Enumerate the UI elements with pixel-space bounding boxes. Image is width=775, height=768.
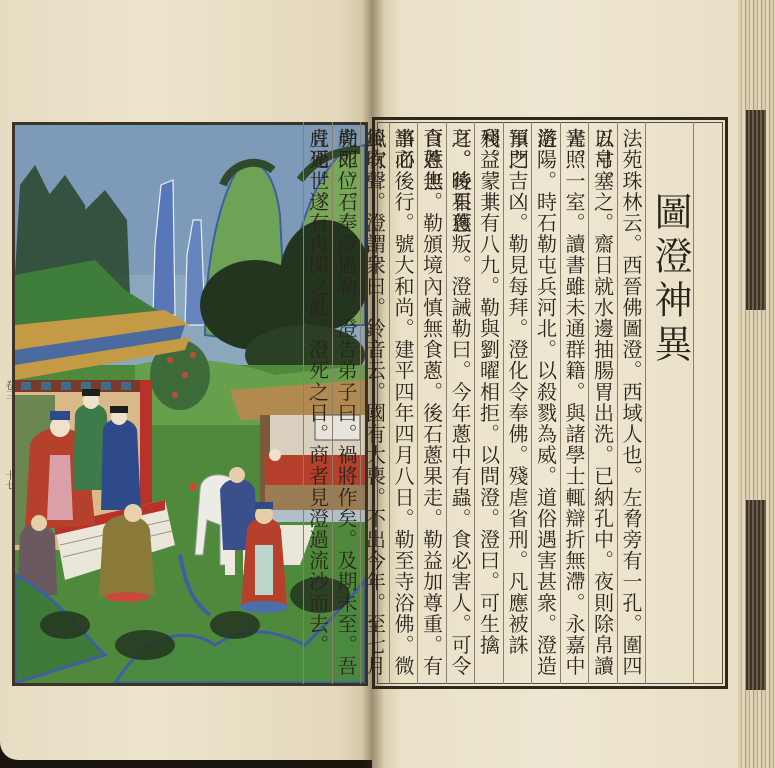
text-columns: 圖澄神異 法苑珠林云。西晉佛圖澄。西域人也。左脅旁有一孔。圍四五寸。 以帛塞之。… — [303, 122, 721, 684]
chapter-title: 圖澄神異 — [645, 122, 693, 684]
text-column: 洛陽。時石勒屯兵河北。以殺戮為威。道俗遇害甚衆。澄造軍門 — [531, 122, 560, 684]
text-block: 圖澄神異 法苑珠林云。西晉佛圖澄。西域人也。左脅旁有一孔。圍四五寸。 以帛塞之。… — [372, 117, 728, 689]
page-edge-print — [746, 110, 766, 310]
page-edge-print — [746, 500, 766, 690]
blank-column — [693, 122, 721, 684]
text-column: 光照一室。讀書雖未通群籍。與諸學士輒辯折無滯。永嘉中遊 — [560, 122, 589, 684]
text-column: 法苑珠林云。西晉佛圖澄。西域人也。左脅旁有一孔。圍四五寸。 — [617, 122, 646, 684]
text-column: 預之吉凶。勒見每拜。澄化令奉佛。殘虐省刑。凡應被誅殘。蒙其 — [503, 122, 532, 684]
text-column: 諮而後行。號大和尚。建平四年四月八日。勒至寺浴佛。微風吹 — [389, 122, 418, 684]
text-column: 鈴有聲。澄謂衆曰。鈴音云。國有大喪。不出今年。至七月勒死。石 — [360, 122, 389, 684]
text-column: 食蔥也。勒頒境內慎無食蔥。後石蔥果走。勒益加尊重。有事必 — [417, 122, 446, 684]
text-column: 以帛塞之。齋日就水邊抽腸胃出洗。已納孔中。夜則除帛讀書。 — [588, 122, 617, 684]
open-book: 卷三 十七 — [0, 0, 775, 768]
